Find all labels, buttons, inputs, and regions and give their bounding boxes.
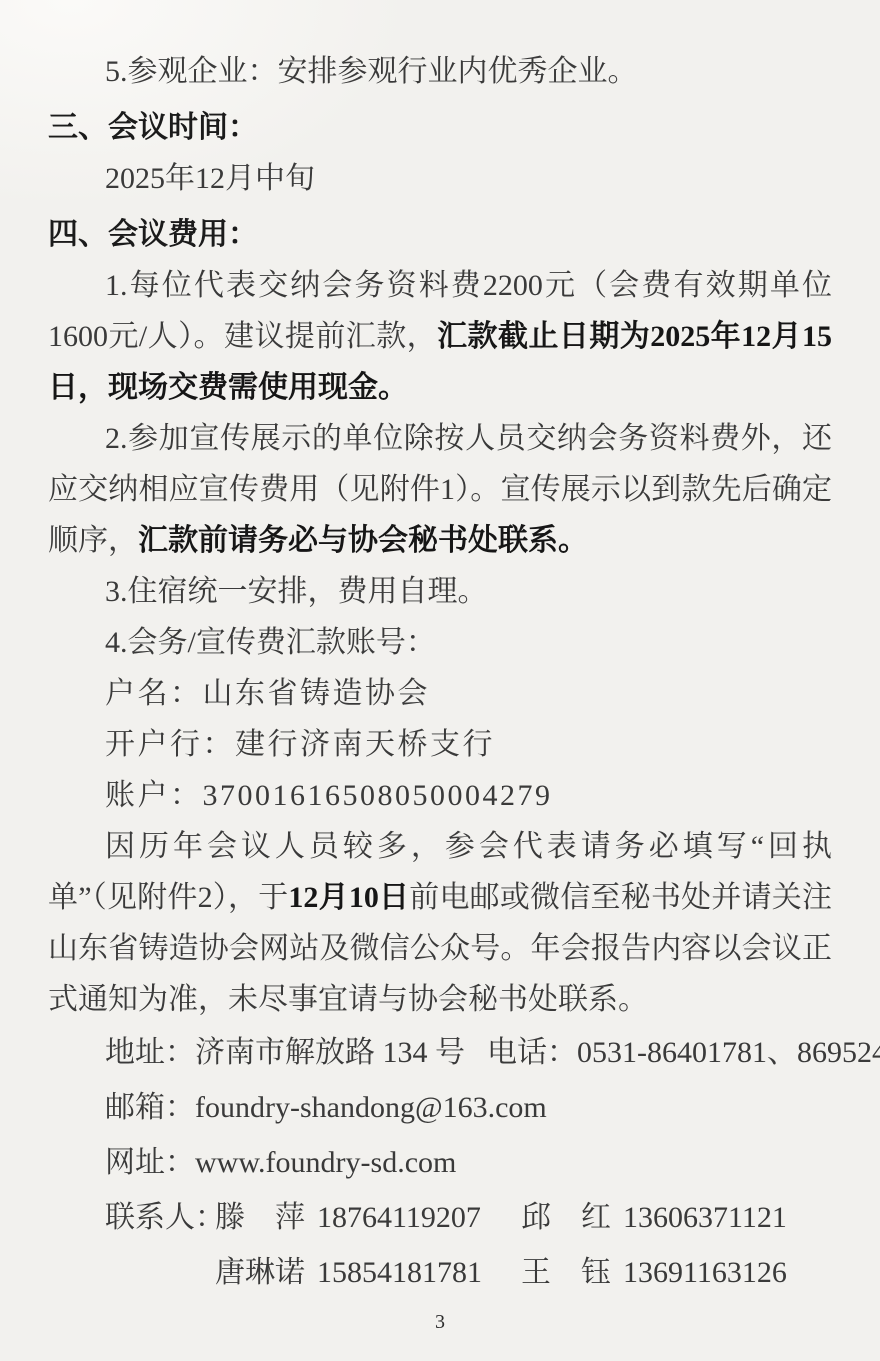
fee-item-2: 2.参加宣传展示的单位除按人员交纳会务资料费外，还应交纳相应宣传费用（见附件1）… xyxy=(48,413,832,566)
list-item-visit-enterprises: 5.参观企业：安排参观行业内优秀企业。 xyxy=(48,46,832,97)
section-heading-meeting-fee: 四、会议费用： xyxy=(48,209,832,260)
fee-item-4-remittance-account: 4.会务/宣传费汇款账号： xyxy=(48,617,832,668)
contact-person: 邱 红13606371121 xyxy=(521,1190,787,1245)
website-line: 网址：www.foundry-sd.com xyxy=(48,1135,832,1190)
fee-item-2-contact-bold: 汇款前请务必与协会秘书处联系。 xyxy=(138,524,588,557)
contact-name: 邱 红 xyxy=(521,1201,611,1234)
bank-branch: 开户行：建行济南天桥支行 xyxy=(48,719,832,770)
receipt-notice-date-bold: 12月10日 xyxy=(288,881,409,914)
address-text: 地址：济南市解放路 134 号 xyxy=(105,1036,465,1069)
contact-name: 唐琳诺 xyxy=(215,1256,305,1289)
fee-item-1: 1.每位代表交纳会务资料费2200元（会费有效期单位1600元/人）。建议提前汇… xyxy=(48,260,832,413)
account-holder-name: 户名：山东省铸造协会 xyxy=(48,668,832,719)
address-phone-line: 地址：济南市解放路 134 号电话：0531-86401781、86952422 xyxy=(48,1025,832,1080)
page-number: 3 xyxy=(48,1308,832,1336)
fee-item-3-lodging: 3.住宿统一安排，费用自理。 xyxy=(48,566,832,617)
contact-info-block: 地址：济南市解放路 134 号电话：0531-86401781、86952422… xyxy=(48,1025,832,1300)
contact-person: 唐琳诺15854181781 xyxy=(215,1245,482,1300)
section-heading-meeting-time: 三、会议时间： xyxy=(48,102,832,153)
phone-text: 电话：0531-86401781、86952422 xyxy=(487,1036,880,1069)
contacts-label: 联系人： xyxy=(105,1190,225,1245)
contact-name: 王 钰 xyxy=(521,1256,611,1289)
email-line: 邮箱：foundry-shandong@163.com xyxy=(48,1080,832,1135)
contact-phone: 15854181781 xyxy=(317,1256,482,1289)
receipt-notice-paragraph: 因历年会议人员较多，参会代表请务必填写“回执单”（见附件2），于12月10日前电… xyxy=(48,821,832,1025)
contact-phone: 13691163126 xyxy=(623,1256,787,1289)
contact-row-1: 联系人： 滕 萍18764119207 邱 红13606371121 xyxy=(48,1190,832,1245)
account-number: 账户：37001616508050004279 xyxy=(48,770,832,821)
contact-row-2: 唐琳诺15854181781 王 钰13691163126 xyxy=(48,1245,832,1300)
contact-person: 滕 萍18764119207 xyxy=(215,1190,481,1245)
contact-name: 滕 萍 xyxy=(215,1201,305,1234)
document-page: 5.参观企业：安排参观行业内优秀企业。 三、会议时间： 2025年12月中旬 四… xyxy=(0,0,880,1361)
contact-phone: 13606371121 xyxy=(623,1201,787,1234)
contact-person: 王 钰13691163126 xyxy=(521,1245,787,1300)
meeting-time-text: 2025年12月中旬 xyxy=(48,153,832,204)
contact-phone: 18764119207 xyxy=(317,1201,481,1234)
